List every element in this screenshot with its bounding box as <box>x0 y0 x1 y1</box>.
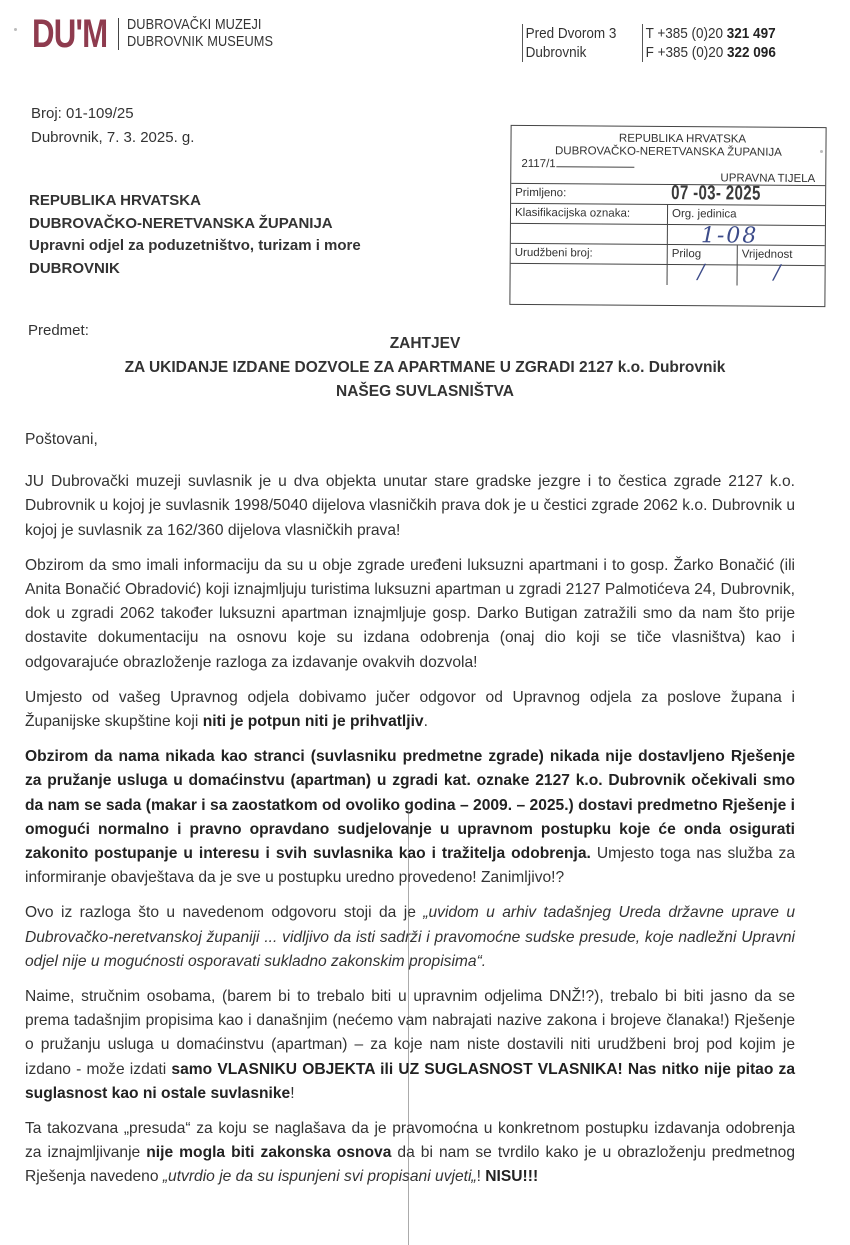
org-unit-label: Org. jedinica <box>668 205 737 224</box>
org-unit-cell <box>668 225 672 244</box>
stamp-row-classification-values: 1-08 <box>511 224 825 246</box>
phone-number: 321 497 <box>727 25 776 42</box>
p5-text: Ovo iz razloga što u navedenom odgovoru … <box>25 904 423 921</box>
subject-line-2: ZA UKIDANJE IZDANE DOZVOLE ZA APARTMANE … <box>0 356 850 380</box>
fax-line: F +385 (0)20 322 096 <box>646 43 776 62</box>
address-city: Dubrovnik <box>526 43 632 62</box>
registry-value <box>511 264 668 285</box>
value-handwritten: / <box>774 263 781 282</box>
greeting: Poštovani, <box>25 428 795 452</box>
address-street: Pred Dvorom 3 <box>526 24 632 43</box>
p3-emphasis: niti je potpun niti je prihvatljiv <box>203 713 424 730</box>
paragraph-7: Ta takozvana „presuda“ za koju se naglaš… <box>25 1117 795 1190</box>
letter-body: Poštovani, JU Dubrovački muzeji suvlasni… <box>25 428 795 1201</box>
stamp-row-received: Primljeno: 07 -03- 2025 <box>511 184 825 206</box>
stamp-header: REPUBLIKA HRVATSKA DUBROVAČKO-NERETVANSK… <box>511 126 825 186</box>
p6-end: ! <box>290 1085 294 1102</box>
classification-label: Klasifikacijska oznaka: <box>511 204 668 224</box>
received-stamp: REPUBLIKA HRVATSKA DUBROVAČKO-NERETVANSK… <box>509 125 826 307</box>
scan-speck <box>14 28 17 31</box>
reference-number: Broj: 01-109/25 <box>31 102 194 126</box>
classification-value <box>511 224 668 244</box>
institution-name-hr: DUBROVAČKI MUZEJI <box>127 17 273 34</box>
paragraph-3: Umjesto od vašeg Upravnog odjela dobivam… <box>25 686 795 734</box>
recipient-line-1: REPUBLIKA HRVATSKA <box>29 190 361 213</box>
attachment-cell: / <box>668 265 738 285</box>
p3-end: . <box>424 713 428 730</box>
paragraph-6: Naime, stručnim osobama, (barem bi to tr… <box>25 985 795 1106</box>
recipient-line-2: DUBROVAČKO-NERETVANSKA ŽUPANIJA <box>29 213 361 236</box>
institution-names: DUBROVAČKI MUZEJI DUBROVNIK MUSEUMS <box>127 17 273 51</box>
fax-prefix: F +385 (0)20 <box>646 44 727 61</box>
address-block: Pred Dvorom 3 Dubrovnik <box>522 24 632 62</box>
fax-number: 322 096 <box>727 44 776 61</box>
p7-quote: „utvrdio je da su ispunjeni svi propisan… <box>163 1168 477 1185</box>
received-date: 07 -03- 2025 <box>671 182 761 206</box>
letterhead-contact: Pred Dvorom 3 Dubrovnik T +385 (0)20 321… <box>522 24 791 62</box>
phone-prefix: T +385 (0)20 <box>646 25 727 42</box>
place-date: Dubrovnik, 7. 3. 2025. g. <box>31 126 194 150</box>
paragraph-2: Obzirom da smo imali informaciju da su u… <box>25 554 795 675</box>
recipient-line-4: DUBROVNIK <box>29 258 361 281</box>
recipient-line-3: Upravni odjel za poduzetništvo, turizam … <box>29 235 361 258</box>
recipient-block: REPUBLIKA HRVATSKA DUBROVAČKO-NERETVANSK… <box>29 190 361 280</box>
stamp-number: 2117/1 <box>521 158 634 172</box>
subject-line-3: NAŠEG SUVLASNIŠTVA <box>0 380 850 404</box>
p7-emphasis: nije mogla biti zakonska osnova <box>146 1144 391 1161</box>
logo-divider <box>118 18 119 50</box>
subject-title: ZAHTJEV ZA UKIDANJE IZDANE DOZVOLE ZA AP… <box>0 332 850 404</box>
paragraph-5: Ovo iz razloga što u navedenom odgovoru … <box>25 901 795 974</box>
p7-final-emphasis: NISU!!! <box>485 1168 538 1185</box>
value-cell: / <box>738 265 825 286</box>
value-label: Vrijednost <box>738 245 825 265</box>
attachment-handwritten: / <box>698 262 705 281</box>
institution-name-en: DUBROVNIK MUSEUMS <box>127 34 273 51</box>
registry-label: Urudžbeni broj: <box>511 244 668 264</box>
phone-block: T +385 (0)20 321 497 F +385 (0)20 322 09… <box>642 24 776 62</box>
subject-line-1: ZAHTJEV <box>0 332 850 356</box>
received-label: Primljeno: <box>511 184 566 203</box>
phone-line: T +385 (0)20 321 497 <box>646 24 776 43</box>
stamp-row-classification: Klasifikacijska oznaka: Org. jedinica <box>511 204 825 226</box>
paragraph-1: JU Dubrovački muzeji suvlasnik je u dva … <box>25 470 795 543</box>
document-meta: Broj: 01-109/25 Dubrovnik, 7. 3. 2025. g… <box>31 102 194 150</box>
scan-artifact-line <box>408 808 409 1245</box>
p7-text-3: ! <box>477 1168 486 1185</box>
logo-mark: DU'M <box>32 14 99 54</box>
stamp-row-registry-values: / / <box>511 264 825 286</box>
paragraph-4: Obzirom da nama nikada kao stranci (suvl… <box>25 745 795 890</box>
scan-speck <box>820 150 823 153</box>
institution-logo: DU'M DUBROVAČKI MUZEJI DUBROVNIK MUSEUMS <box>32 14 293 54</box>
